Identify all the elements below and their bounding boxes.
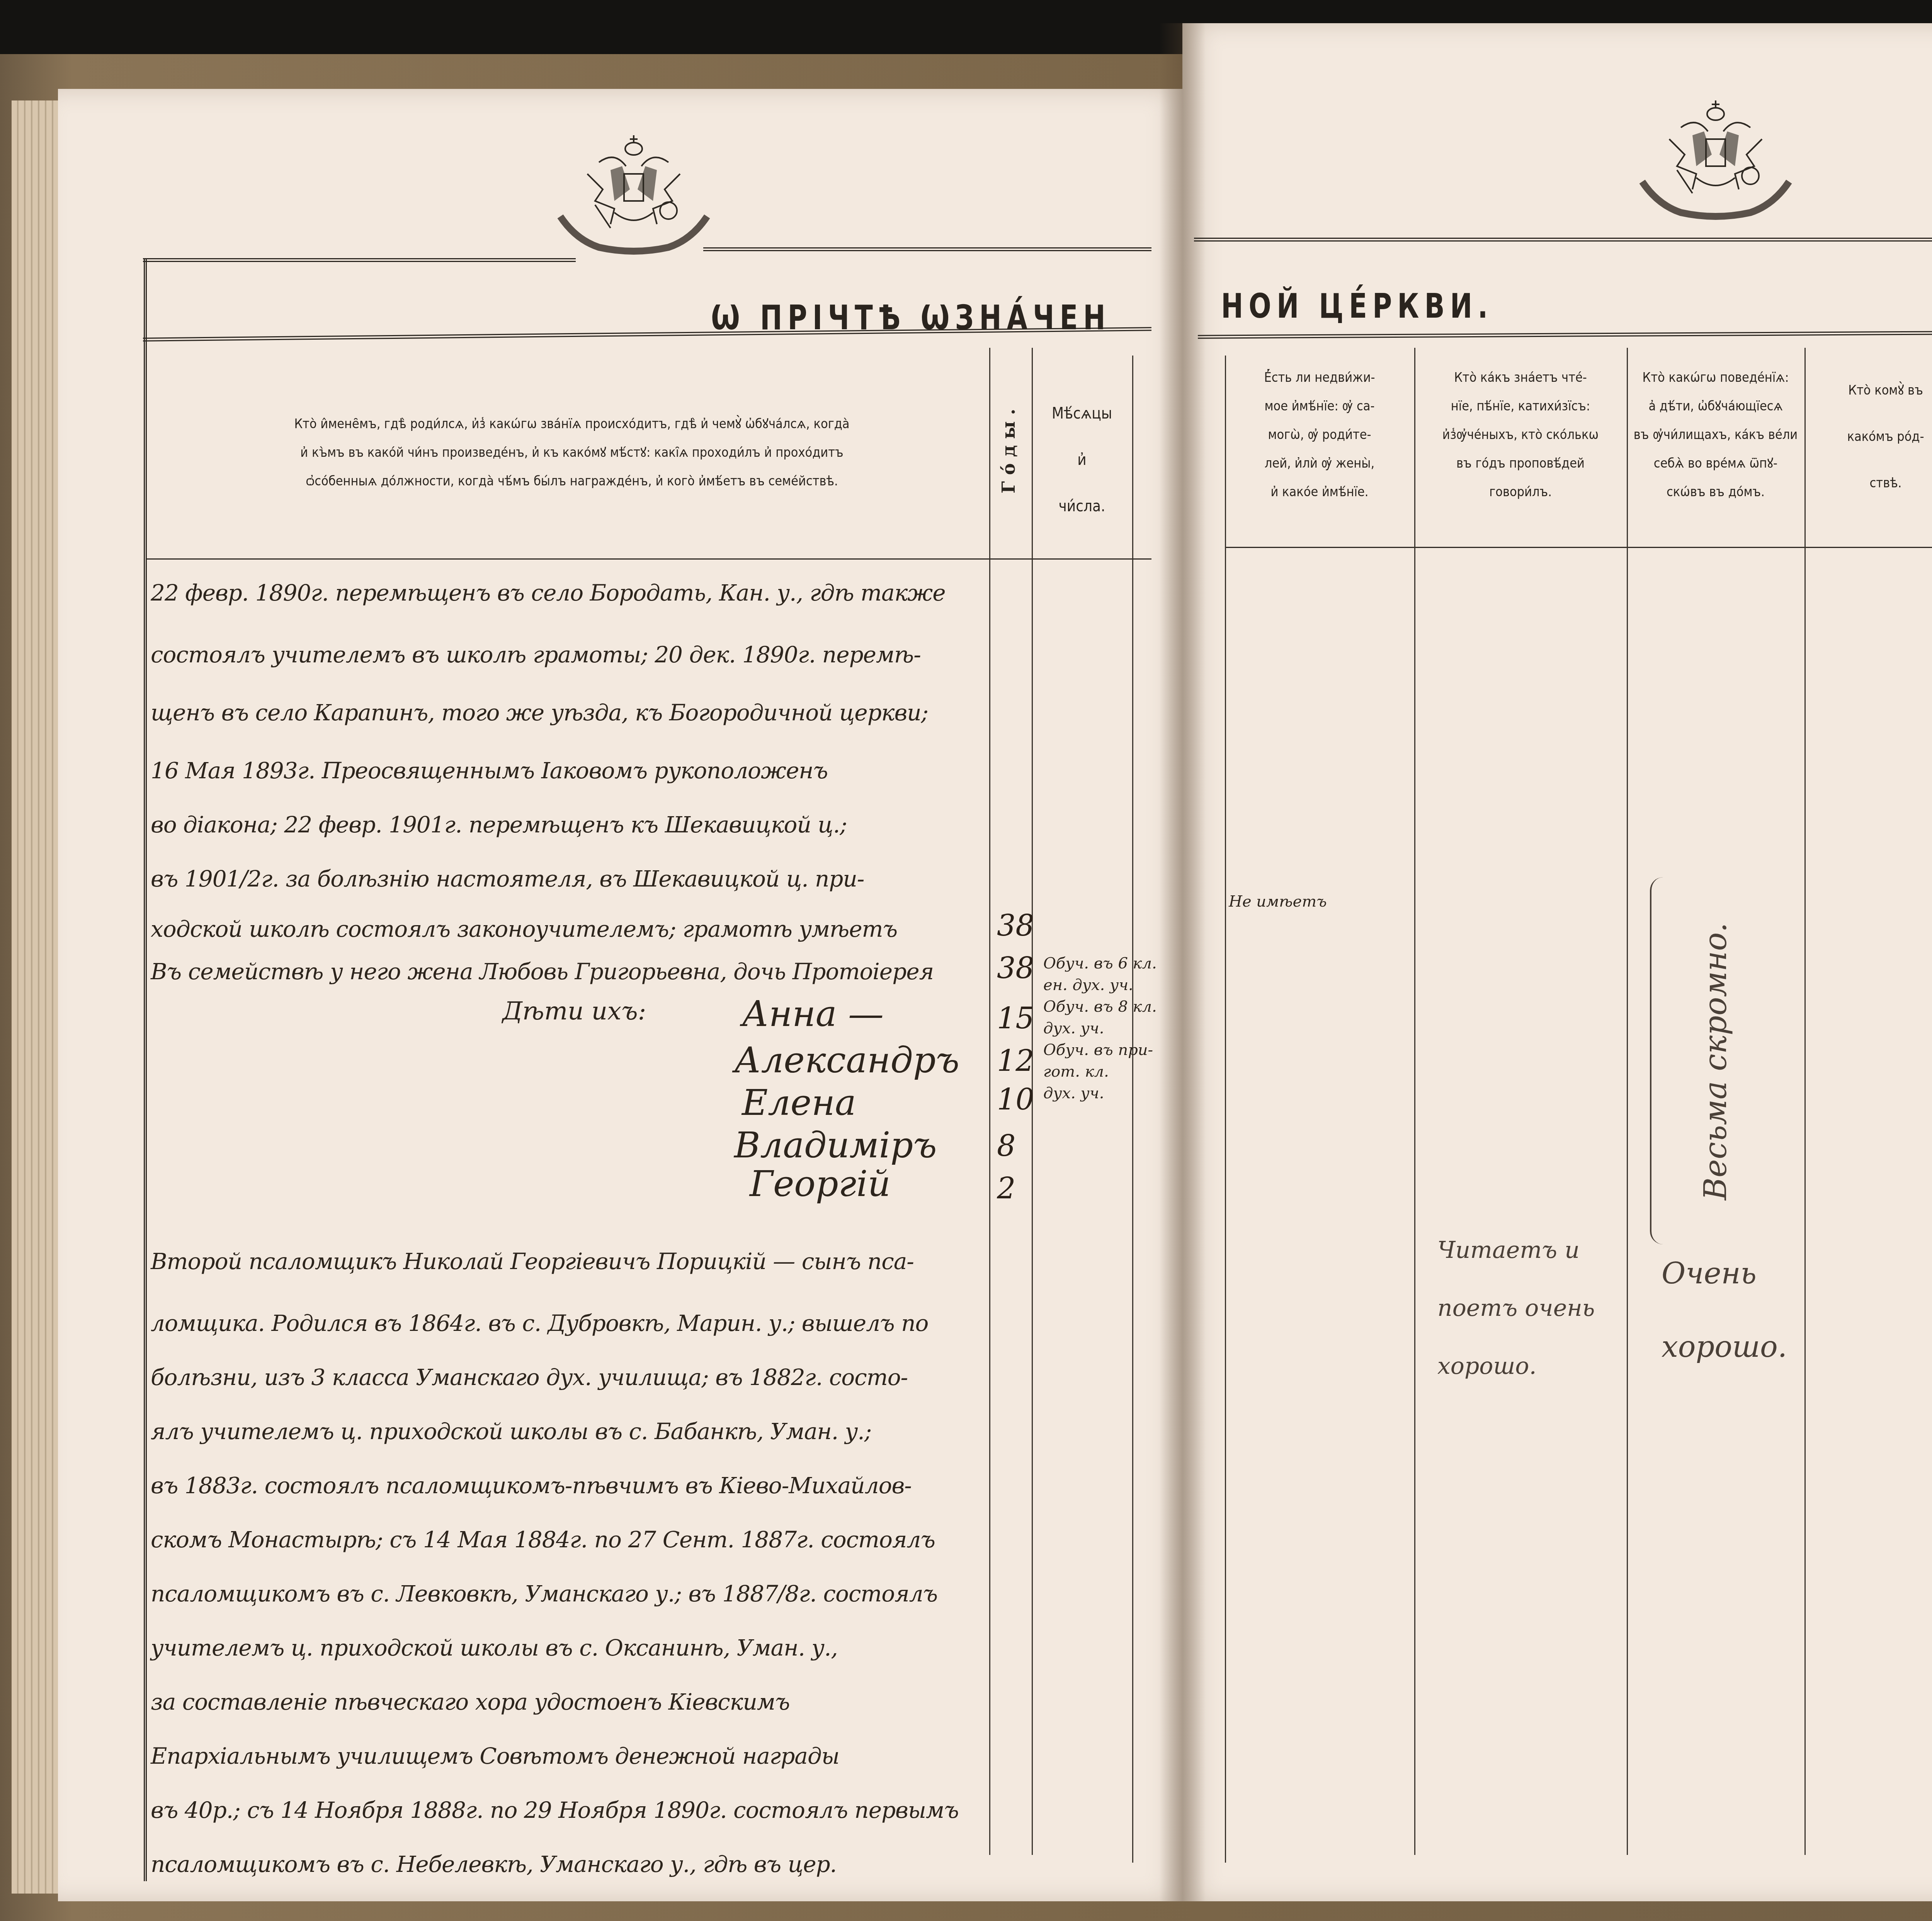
col-divider-reading <box>1414 348 1415 1855</box>
entry2-line: ломщика. Родился въ 1864г. въ с. Дубровк… <box>151 1310 928 1336</box>
note-line: хорошо. <box>1437 1337 1595 1395</box>
child-name: Владиміръ <box>734 1125 937 1166</box>
reading-singing-note: Читаетъ и поетъ очень хорошо. <box>1437 1221 1595 1395</box>
note-line: хорошо. <box>1662 1310 1787 1383</box>
header-col-months: Мѣ́сѧцы и҆ чи́сла. <box>1036 390 1128 529</box>
header-line: мое и҆мѣ́нїе: ѹ҆ са- <box>1229 392 1410 420</box>
entry2-line: въ 40р.; съ 14 Ноября 1888г. по 29 Ноябр… <box>151 1797 959 1823</box>
double-headed-eagle-emblem-icon <box>553 128 715 255</box>
property-value: Не имѣетъ <box>1229 893 1327 910</box>
children-label: Дѣти ихъ: <box>502 997 646 1026</box>
frame-top-right <box>1194 238 1932 242</box>
page-title-right: НОЙ ЦЕ́РКВИ. <box>1221 286 1493 326</box>
entry1-line: ходской школѣ состоялъ законоучителемъ; … <box>151 916 897 942</box>
header-col-reading: Кто̀ ка́къ зна́етъ чте́- нїе, пѣ́нїе, ка… <box>1418 363 1623 506</box>
header-line: лей, и҆лѝ ѹ҆ жены̀, <box>1229 449 1410 478</box>
behavior-note: Очень хорошо. <box>1662 1237 1787 1383</box>
entry1-age: 38 <box>997 908 1034 943</box>
child-age: 8 <box>997 1128 1015 1163</box>
entry1-line: состоялъ учителемъ въ школѣ грамоты; 20 … <box>151 641 921 668</box>
behavior-vertical-note: Весьма скромно. <box>1697 922 1733 1200</box>
header-col-kinship: Кто̀ комꙋ̀ въ како́мъ ро́д- ствѣ. <box>1808 367 1932 506</box>
col-divider-behavior <box>1627 348 1628 1855</box>
header-line: скѡ́въ въ до́мъ. <box>1631 478 1801 506</box>
entry1-wife-age: 38 <box>997 951 1034 985</box>
header-line: въ ѹ҆чи́лищахъ, ка́къ ве́ли <box>1631 420 1801 449</box>
header-col-property: Е҆́сть ли недви́жи- мое и҆мѣ́нїе: ѹ҆ са-… <box>1229 363 1410 506</box>
page-edges-left <box>12 100 66 1894</box>
frame-left-border <box>144 258 147 1881</box>
entry1-line: въ 1901/2г. за болѣзнію настоятеля, въ Ш… <box>151 866 864 892</box>
frame-top-left <box>143 258 576 262</box>
entry1-line: 22 февр. 1890г. перемѣщенъ въ село Бород… <box>151 580 946 606</box>
header-col-biography-line: и҆ къ̀мъ въ како́й чи́нъ произведе́нъ, и… <box>162 438 981 467</box>
book-gutter <box>1159 23 1206 1901</box>
entry2-line: псаломщикомъ въ с. Левковкѣ, Уманскаго у… <box>151 1581 937 1607</box>
months-note-line: дух. уч. <box>1043 1077 1157 1110</box>
header-col-biography-line: ѻ҆со́бенныѧ до́лжности, когда̀ чѣ́мъ бы́… <box>162 467 981 495</box>
child-name: Александръ <box>734 1040 959 1081</box>
entry1-line: во діакона; 22 февр. 1901г. перемѣщенъ к… <box>151 812 847 838</box>
header-line: могѡ̀, ѹ҆ роди́те- <box>1229 420 1410 449</box>
entry2-line: болѣзни, изъ 3 класса Уманскаго дух. учи… <box>151 1364 908 1390</box>
left-page <box>58 89 1186 1901</box>
child-name: Елена <box>742 1082 856 1123</box>
entry1-line: 16 Мая 1893г. Преосвященнымъ Іаковомъ ру… <box>151 757 828 784</box>
header-col-biography: Кто̀ и̂мене̑мъ, гдѣ̀ роди́лсѧ, и҆з̾ какѡ… <box>162 410 981 495</box>
header-line: а҆ дѣ́ти, ѡ҆бꙋча́ющїесѧ <box>1631 392 1801 420</box>
child-name: Георгій <box>750 1163 891 1205</box>
header-line: како́мъ ро́д- <box>1808 413 1932 460</box>
header-col-months-line: Мѣ́сѧцы <box>1036 390 1128 437</box>
header-col-months-line: и҆ <box>1036 437 1128 483</box>
child-age: 10 <box>997 1082 1034 1116</box>
months-notes: Обуч. въ 6 кл. ен. дух. уч. Обуч. въ 8 к… <box>1043 947 1157 1110</box>
child-age: 15 <box>997 1001 1034 1035</box>
header-line: Кто̀ ка́къ зна́етъ чте́- <box>1418 363 1623 392</box>
header-line: себѧ̀ во вре́мѧ ѿпꙋ- <box>1631 449 1801 478</box>
entry2-line: въ 1883г. состоялъ псаломщикомъ-пѣвчимъ … <box>151 1472 912 1499</box>
entry1-line: щенъ въ село Карапинъ, того же уѣзда, къ… <box>151 699 928 726</box>
double-headed-eagle-emblem-icon <box>1634 93 1797 220</box>
entry2-line: ялъ учителемъ ц. приходской школы въ с. … <box>151 1418 871 1445</box>
note-line: Читаетъ и <box>1437 1221 1595 1279</box>
header-line: нїе, пѣ́нїе, катихи́зїсъ: <box>1418 392 1623 420</box>
header-col-years: Го́ды. <box>998 408 1019 493</box>
col-divider-years <box>989 348 990 1855</box>
page-title-left: Ѡ ПРІЧТѢ ѠЗНА́ЧЕН <box>711 298 1111 337</box>
note-line: Очень <box>1662 1237 1787 1310</box>
child-age: 2 <box>997 1171 1015 1205</box>
brace-mark <box>1650 877 1663 1244</box>
header-line: ствѣ. <box>1808 460 1932 506</box>
entry2-line: Епархіальнымъ училищемъ Совѣтомъ денежно… <box>151 1743 839 1769</box>
entry2-line: Второй псаломщикъ Николай Георгіевичъ По… <box>151 1248 914 1274</box>
child-name: Анна — <box>742 993 884 1035</box>
header-line: Кто̀ комꙋ̀ въ <box>1808 367 1932 413</box>
header-col-biography-line: Кто̀ и̂мене̑мъ, гдѣ̀ роди́лсѧ, и҆з̾ какѡ… <box>162 410 981 438</box>
child-age: 12 <box>997 1043 1034 1078</box>
entry2-line: за составленіе пѣвческаго хора удостоенъ… <box>151 1689 790 1715</box>
header-col-behavior: Кто̀ какѡ́гѡ поведе́нїѧ: а҆ дѣ́ти, ѡ҆бꙋч… <box>1631 363 1801 506</box>
frame-top-left-2 <box>703 247 1151 251</box>
col-divider-property <box>1225 356 1226 1863</box>
header-line: Кто̀ какѡ́гѡ поведе́нїѧ: <box>1631 363 1801 392</box>
header-bottom-rule-left <box>147 558 1151 560</box>
header-line: въ го́дъ проповѣ́дей <box>1418 449 1623 478</box>
header-line: говори́лъ. <box>1418 478 1623 506</box>
header-bottom-rule-right <box>1225 547 1932 548</box>
header-line: и҆ како́е и҆мѣ́нїе. <box>1229 478 1410 506</box>
entry1-wife-line: Въ семействѣ у него жена Любовь Григорье… <box>151 958 934 985</box>
entry2-line: псаломщикомъ въ с. Небелевкѣ, Уманскаго … <box>151 1851 837 1877</box>
note-line: поетъ очень <box>1437 1279 1595 1337</box>
header-col-months-line: чи́сла. <box>1036 483 1128 529</box>
entry2-line: скомъ Монастырѣ; съ 14 Мая 1884г. по 27 … <box>151 1526 935 1553</box>
col-divider-kinship <box>1804 348 1806 1855</box>
header-line: Е҆́сть ли недви́жи- <box>1229 363 1410 392</box>
header-line: и҆з̾ѹ҆че́ныхъ, кто̀ ско́лькѡ <box>1418 420 1623 449</box>
entry2-line: учителемъ ц. приходской школы въ с. Окса… <box>151 1635 838 1661</box>
